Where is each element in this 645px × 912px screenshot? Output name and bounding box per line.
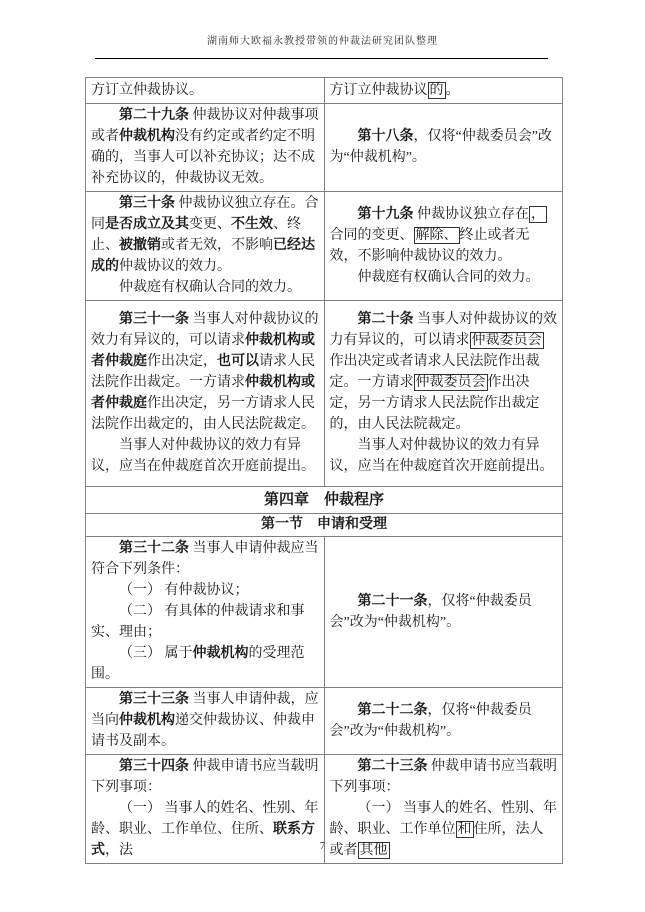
- bold-text: 第二十二条: [358, 703, 428, 718]
- bold-text: 第二十一条: [358, 594, 428, 609]
- paragraph: 第十九条 仲裁协议独立存在，合同的变更、解除、终止或者无效，不影响仲裁协议的效力…: [330, 204, 558, 267]
- header-rule: [95, 58, 548, 59]
- bold-text: 被撤销: [119, 238, 161, 253]
- paragraph: 方订立仲裁协议。: [91, 80, 319, 101]
- table-cell-right: 第二十二条，仅将“仲裁委员会”改为“仲裁机构”。: [324, 688, 563, 755]
- table-cell-right: 第二十条 当事人对仲裁协议的效力有异议的，可以请求仲裁委员会作出决定或者请求人民…: [324, 301, 563, 487]
- paragraph: 第二十三条 仲裁申请书应当载明下列事项：: [330, 756, 558, 798]
- paragraph: 第二十二条，仅将“仲裁委员会”改为“仲裁机构”。: [330, 700, 558, 742]
- bold-text: 第十九条: [358, 207, 414, 222]
- paragraph: 第三十三条 当事人申请仲裁，应当向仲裁机构递交仲裁协议、仲裁申请书及副本。: [91, 689, 319, 752]
- text-run: 或者无效，不影响: [161, 238, 273, 253]
- table-cell-left: 方订立仲裁协议。: [86, 78, 325, 104]
- revision-boxed-text: 的: [428, 82, 446, 99]
- paragraph: 当事人对仲裁协议的效力有异议，应当在仲裁庭首次开庭前提出。: [91, 435, 319, 477]
- paragraph: 仲裁庭有权确认合同的效力。: [330, 267, 558, 288]
- table-row: 第一节 申请和受理: [86, 514, 563, 537]
- chapter-heading: 第四章 仲裁程序: [86, 487, 563, 514]
- table-cell-left: 第二十九条 仲裁协议对仲裁事项或者仲裁机构没有约定或者约定不明确的，当事人可以补…: [86, 104, 325, 192]
- revision-boxed-text: 解除、: [414, 227, 460, 244]
- text-run: 仲裁协议的效力。: [119, 259, 231, 274]
- paragraph: 第三十二条 当事人申请仲裁应当符合下列条件：: [91, 538, 319, 580]
- bold-text: 第二十三条: [358, 759, 428, 774]
- text-run: 当事人对仲裁协议的效力有异议，应当在仲裁庭首次开庭前提出。: [330, 438, 554, 474]
- bold-text: 第二十九条: [119, 108, 189, 123]
- table-row: 第三十一条 当事人对仲裁协议的效力有异议的，可以请求仲裁机构或者仲裁庭作出决定，…: [86, 301, 563, 487]
- table-cell-left: 第三十条 仲裁协议独立存在。合同是否成立及其变更、不生效、终止、被撤销或者无效，…: [86, 192, 325, 301]
- document-page: 湖南师大欧福永教授带领的仲裁法研究团队整理 方订立仲裁协议。方订立仲裁协议的。第…: [0, 0, 645, 912]
- table-row: 方订立仲裁协议。方订立仲裁协议的。: [86, 78, 563, 104]
- text-run: 作出决定，: [147, 354, 217, 369]
- bold-text: 第三十二条: [119, 541, 189, 556]
- revision-boxed-text: 仲裁委员会: [414, 374, 488, 391]
- paragraph: 第十八条，仅将“仲裁委员会”改为“仲裁机构”。: [330, 126, 558, 168]
- comparison-table: 方订立仲裁协议。方订立仲裁协议的。第二十九条 仲裁协议对仲裁事项或者仲裁机构没有…: [85, 77, 563, 864]
- table-cell-right: 第十九条 仲裁协议独立存在，合同的变更、解除、终止或者无效，不影响仲裁协议的效力…: [324, 192, 563, 301]
- bold-text: 第三十一条: [119, 312, 189, 327]
- text-run: （二） 有具体的仲裁请求和事实、理由；: [91, 604, 305, 640]
- paragraph: 方订立仲裁协议的。: [330, 80, 558, 101]
- table-row: 第三十条 仲裁协议独立存在。合同是否成立及其变更、不生效、终止、被撤销或者无效，…: [86, 192, 563, 301]
- page-number: 7: [0, 840, 645, 852]
- bold-text: 不生效: [231, 217, 273, 232]
- bold-text: 是否成立及其: [105, 217, 189, 232]
- text-run: 方订立仲裁协议。: [91, 83, 203, 98]
- paragraph: （三） 属于仲裁机构的受理范围。: [91, 643, 319, 685]
- text-run: 变更、: [189, 217, 231, 232]
- paragraph: 第二十条 当事人对仲裁协议的效力有异议的，可以请求仲裁委员会作出决定或者请求人民…: [330, 309, 558, 435]
- table-cell-left: 第三十一条 当事人对仲裁协议的效力有异议的，可以请求仲裁机构或者仲裁庭作出决定，…: [86, 301, 325, 487]
- bold-text: 第二十条: [358, 312, 414, 327]
- revision-boxed-text: 仲裁委员会: [470, 332, 544, 349]
- text-run: （一） 有仲裁协议；: [119, 583, 249, 598]
- paragraph: 第三十一条 当事人对仲裁协议的效力有异议的，可以请求仲裁机构或者仲裁庭作出决定，…: [91, 309, 319, 435]
- table-row: 第三十二条 当事人申请仲裁应当符合下列条件：（一） 有仲裁协议；（二） 有具体的…: [86, 537, 563, 688]
- table-row: 第三十三条 当事人申请仲裁，应当向仲裁机构递交仲裁协议、仲裁申请书及副本。第二十…: [86, 688, 563, 755]
- table-row: 第四章 仲裁程序: [86, 487, 563, 514]
- table-cell-right: 第二十一条，仅将“仲裁委员会”改为“仲裁机构”。: [324, 537, 563, 688]
- revision-boxed-text: 和: [456, 821, 474, 838]
- revision-boxed-text: ，: [529, 206, 547, 223]
- paragraph: （一） 有仲裁协议；: [91, 580, 319, 601]
- text-run: 仲裁协议独立存在: [414, 207, 530, 222]
- text-run: 当事人对仲裁协议的效力有异议，应当在仲裁庭首次开庭前提出。: [91, 438, 315, 474]
- paragraph: 第三十四条 仲裁申请书应当载明下列事项：: [91, 756, 319, 798]
- page-header: 湖南师大欧福永教授带领的仲裁法研究团队整理: [0, 32, 645, 47]
- table-cell-left: 第三十二条 当事人申请仲裁应当符合下列条件：（一） 有仲裁协议；（二） 有具体的…: [86, 537, 325, 688]
- text-run: 仲裁庭有权确认合同的效力。: [119, 280, 301, 295]
- text-run: 。: [446, 83, 460, 98]
- section-heading: 第一节 申请和受理: [86, 514, 563, 537]
- bold-text: 仲裁机构: [193, 646, 249, 661]
- text-run: （三） 属于: [119, 646, 193, 661]
- paragraph: 仲裁庭有权确认合同的效力。: [91, 277, 319, 298]
- paragraph: （二） 有具体的仲裁请求和事实、理由；: [91, 601, 319, 643]
- table-cell-right: 方订立仲裁协议的。: [324, 78, 563, 104]
- paragraph: 第二十九条 仲裁协议对仲裁事项或者仲裁机构没有约定或者约定不明确的，当事人可以补…: [91, 105, 319, 189]
- bold-text: 第三十条: [119, 196, 175, 211]
- table-cell-left: 第三十三条 当事人申请仲裁，应当向仲裁机构递交仲裁协议、仲裁申请书及副本。: [86, 688, 325, 755]
- bold-text: 仲裁机构: [119, 129, 175, 144]
- table-cell-right: 第十八条，仅将“仲裁委员会”改为“仲裁机构”。: [324, 104, 563, 192]
- text-run: 方订立仲裁协议: [330, 83, 428, 98]
- comparison-table-body: 方订立仲裁协议。方订立仲裁协议的。第二十九条 仲裁协议对仲裁事项或者仲裁机构没有…: [86, 78, 563, 864]
- text-run: 合同的变更、: [330, 228, 414, 243]
- table-row: 第二十九条 仲裁协议对仲裁事项或者仲裁机构没有约定或者约定不明确的，当事人可以补…: [86, 104, 563, 192]
- bold-text: 第三十四条: [119, 759, 189, 774]
- paragraph: 第三十条 仲裁协议独立存在。合同是否成立及其变更、不生效、终止、被撤销或者无效，…: [91, 193, 319, 277]
- text-run: 仲裁庭有权确认合同的效力。: [358, 270, 540, 285]
- bold-text: 第三十三条: [119, 692, 189, 707]
- bold-text: 也可以: [217, 354, 259, 369]
- bold-text: 仲裁机构: [119, 713, 175, 728]
- paragraph: 当事人对仲裁协议的效力有异议，应当在仲裁庭首次开庭前提出。: [330, 435, 558, 477]
- bold-text: 第十八条: [358, 129, 414, 144]
- paragraph: 第二十一条，仅将“仲裁委员会”改为“仲裁机构”。: [330, 591, 558, 633]
